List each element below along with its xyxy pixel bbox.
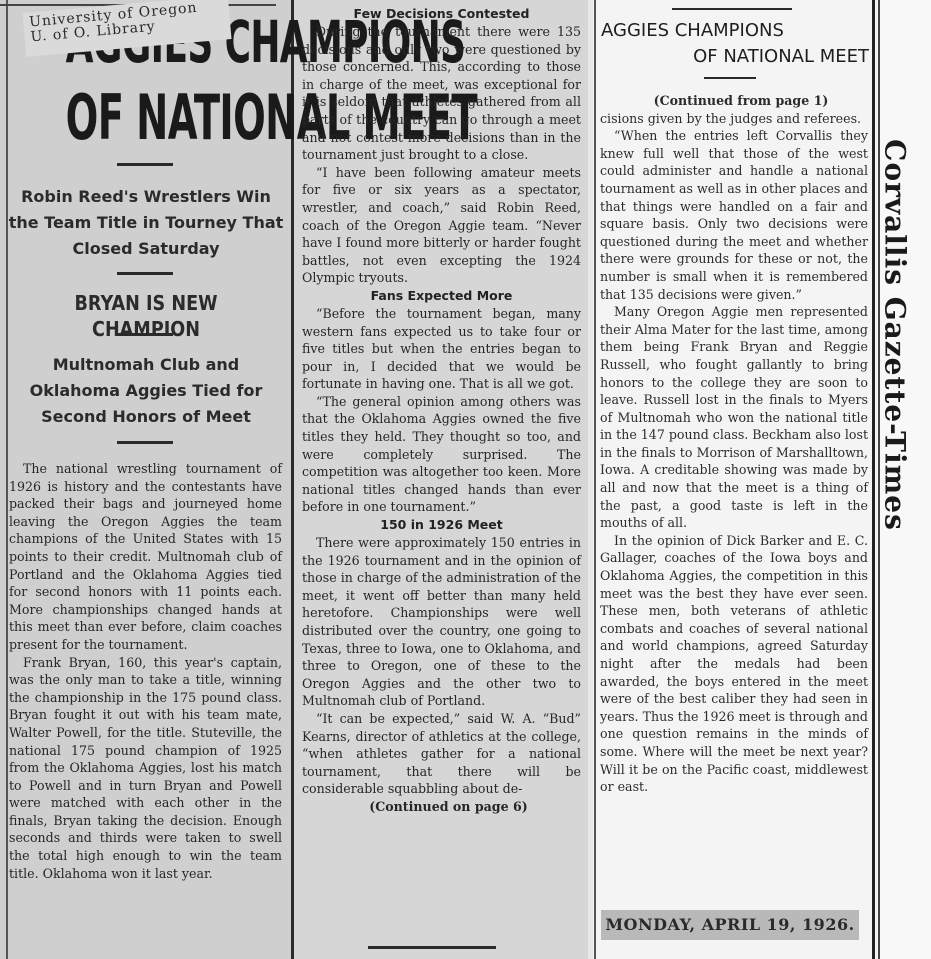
jump-headline: AGGIES CHAMPIONS OF NATIONAL MEET — [601, 18, 869, 70]
divider — [117, 163, 173, 166]
paragraph: The national wrestling tournament of 192… — [9, 460, 282, 654]
paragraph: There were approximately 150 entries in … — [302, 534, 581, 710]
divider — [117, 441, 173, 444]
newspaper-masthead: Corvallis Gazette-Times — [860, 140, 930, 530]
continued-from-note: (Continued from page 1) — [600, 92, 868, 110]
deck-multnomah-oklahoma: Multnomah Club and Oklahoma Aggies Tied … — [6, 352, 286, 430]
paragraph: Frank Bryan, 160, this year's captain, w… — [9, 654, 282, 883]
masthead-title: Corvallis Gazette-Times — [879, 139, 912, 531]
paragraph: cisions given by the judges and referees… — [600, 110, 868, 128]
deck-subheadline: Robin Reed's Wrestlers Win the Team Titl… — [6, 184, 286, 262]
paragraph: “Before the tournament began, many weste… — [302, 305, 581, 393]
column-gap — [588, 0, 593, 959]
paragraph: In the opinion of Dick Barker and E. C. … — [600, 532, 868, 796]
subhead-few-decisions: Few Decisions Contested — [302, 5, 581, 23]
jump-headline-line-1: AGGIES CHAMPIONS — [601, 18, 869, 44]
divider — [117, 272, 173, 275]
divider — [704, 77, 756, 79]
subhead-fans-expected: Fans Expected More — [302, 287, 581, 305]
divider — [672, 8, 792, 10]
jump-headline-line-2: OF NATIONAL MEET — [601, 44, 869, 70]
paragraph: During the tournament there were 135 dec… — [302, 23, 581, 164]
continued-on-note: (Continued on page 6) — [302, 798, 581, 816]
paragraph: “When the entries left Corvallis they kn… — [600, 127, 868, 303]
paragraph: “I have been following amateur meets for… — [302, 164, 581, 287]
column-1-body: The national wrestling tournament of 192… — [9, 460, 282, 882]
divider — [117, 333, 173, 336]
column-rule — [594, 0, 596, 959]
dateline: MONDAY, APRIL 19, 1926. — [601, 910, 859, 940]
main-headline-line-2: OF NATIONAL MEET — [66, 86, 235, 150]
divider — [368, 946, 496, 949]
newspaper-clipping: University of Oregon U. of O. Library AG… — [0, 0, 931, 959]
paragraph: “It can be expected,” said W. A. “Bud” K… — [302, 710, 581, 798]
subhead-150-entries: 150 in 1926 Meet — [302, 516, 581, 534]
paragraph: Many Oregon Aggie men represented their … — [600, 303, 868, 532]
column-rule — [6, 0, 8, 959]
paragraph: “The general opinion among others was th… — [302, 393, 581, 516]
column-2-body: Few Decisions Contested During the tourn… — [302, 5, 581, 816]
column-3-body: (Continued from page 1) cisions given by… — [600, 92, 868, 796]
